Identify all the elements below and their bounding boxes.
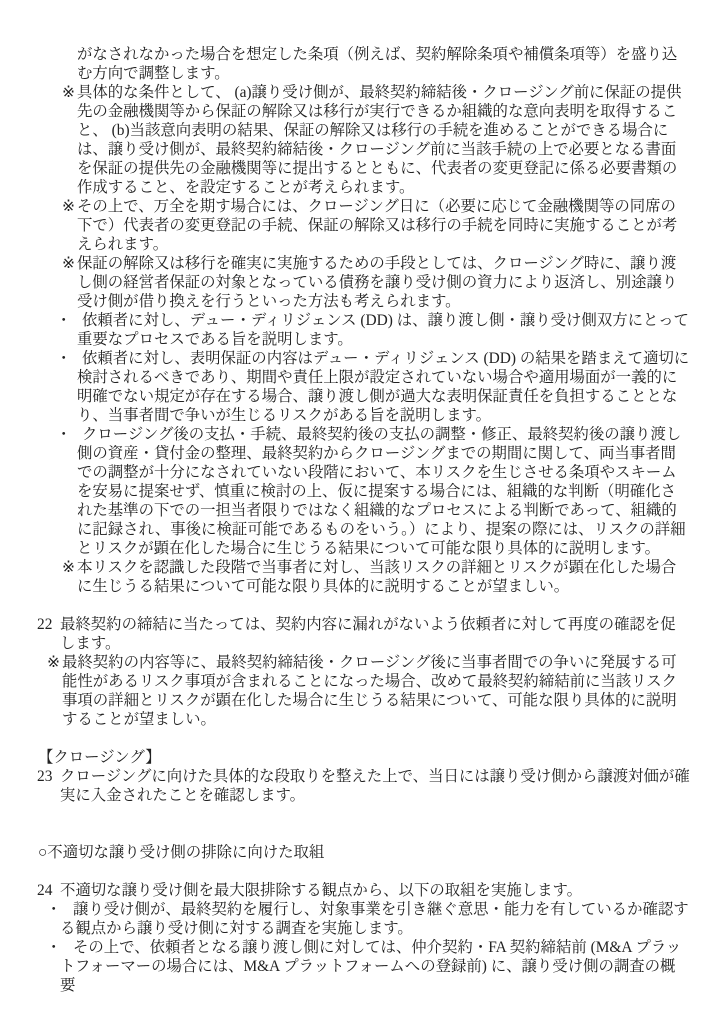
paragraph-text: クロージング後の支払・手続、最終契約後の支払の調整・修正、最終契約後の譲り渡し側… [77, 426, 686, 557]
bullet-item-post-closing-risks: ・クロージング後の支払・手続、最終契約後の支払の調整・修正、最終契約後の譲り渡し… [0, 425, 690, 558]
paragraph-text: 不適切な譲り受け側を最大限排除する観点から、以下の取組を実施します。 [60, 882, 582, 899]
paragraph-text: 依頼者に対し、表明保証の内容はデュー・ディリジェンス (DD) の結果を踏まえて… [77, 350, 689, 424]
paragraph-text: その上で、万全を期す場合には、クロージング日に（必要に応じて金融機関等の同席の下… [77, 198, 677, 253]
paragraph-text: 最終契約の内容等に、最終契約締結後・クロージング後に当事者間での争いに発展する可… [62, 654, 677, 728]
numbered-item-23: 23クロージングに向けた具体的な段取りを整えた上で、当日には譲り受け側から譲渡対… [0, 767, 690, 805]
section-heading-exclusion: ○不適切な譲り受け側の排除に向けた取組 [0, 843, 690, 862]
bullet-marker: ・ [46, 938, 61, 957]
paragraph-text: 依頼者に対し、デュー・ディリジェンス (DD) は、譲り渡し側・譲り受け側双方に… [77, 312, 689, 348]
bullet-marker: ・ [56, 311, 71, 330]
note-paragraph-guarantee-release-means: ※保証の解除又は移行を確実に実施するための手段としては、クロージング時に、譲り渡… [0, 254, 690, 311]
note-paragraph-risk-explanation: ※本リスクを認識した段階で当事者に対し、当該リスクの詳細とリスクが顕在化した場合… [0, 558, 690, 596]
note-marker: ※ [62, 83, 75, 102]
note-marker: ※ [62, 558, 75, 577]
paragraph-text: その上で、依頼者となる譲り渡し側に対しては、仲介契約・FA 契約締結前 (M&A… [60, 939, 681, 994]
paragraph-text: 保証の解除又は移行を確実に実施するための手段としては、クロージング時に、譲り渡し… [77, 255, 677, 310]
numbered-item-24: 24不適切な譲り受け側を最大限排除する観点から、以下の取組を実施します。 [0, 881, 690, 900]
bullet-marker: ・ [56, 425, 71, 444]
paragraph-text: 具体的な条件として、 (a)譲り受け側が、最終契約締結後・クロージング前に保証の… [77, 84, 681, 196]
note-paragraph-closing-day-procedures: ※その上で、万全を期す場合には、クロージング日に（必要に応じて金融機関等の同席の… [0, 197, 690, 254]
heading-text: 【クロージング】 [38, 749, 161, 766]
item-number: 23 [37, 767, 52, 786]
bullet-marker: ・ [56, 349, 71, 368]
bullet-item-dd-importance: ・依頼者に対し、デュー・ディリジェンス (DD) は、譲り渡し側・譲り受け側双方… [0, 311, 690, 349]
item-number: 24 [37, 881, 52, 900]
paragraph-text: 最終契約の締結に当たっては、契約内容に漏れがないよう依頼者に対して再度の確認を促… [60, 616, 676, 652]
continuation-paragraph: がなされなかった場合を想定した条項（例えば、契約解除条項や補償条項等）を盛り込む… [0, 45, 690, 83]
note-marker: ※ [62, 254, 75, 273]
bullet-item-buyer-investigation: ・譲り受け側が、最終契約を履行し、対象事業を引き継ぐ意思・能力を有しているか確認… [0, 900, 690, 938]
paragraph-text: クロージングに向けた具体的な段取りを整えた上で、当日には譲り受け側から譲渡対価が… [60, 768, 690, 804]
note-marker: ※ [62, 197, 75, 216]
heading-text: ○不適切な譲り受け側の排除に向けた取組 [38, 844, 324, 861]
note-paragraph-final-contract-risks: ※最終契約の内容等に、最終契約締結後・クロージング後に当事者間での争いに発展する… [0, 653, 690, 729]
bullet-item-representations-warranties: ・依頼者に対し、表明保証の内容はデュー・ディリジェンス (DD) の結果を踏まえ… [0, 349, 690, 425]
bullet-marker: ・ [46, 900, 61, 919]
paragraph-text: 本リスクを認識した段階で当事者に対し、当該リスクの詳細とリスクが顕在化した場合に… [77, 559, 676, 595]
note-paragraph-guarantee-conditions: ※具体的な条件として、 (a)譲り受け側が、最終契約締結後・クロージング前に保証… [0, 83, 690, 197]
item-number: 22 [37, 615, 52, 634]
bullet-item-investigation-summary: ・その上で、依頼者となる譲り渡し側に対しては、仲介契約・FA 契約締結前 (M&… [0, 938, 690, 995]
document-page: がなされなかった場合を想定した条項（例えば、契約解除条項や補償条項等）を盛り込む… [0, 0, 724, 1024]
paragraph-text: 譲り受け側が、最終契約を履行し、対象事業を引き継ぐ意思・能力を有しているか確認す… [60, 901, 689, 937]
note-marker: ※ [47, 653, 60, 672]
numbered-item-22: 22最終契約の締結に当たっては、契約内容に漏れがないよう依頼者に対して再度の確認… [0, 615, 690, 653]
paragraph-text: がなされなかった場合を想定した条項（例えば、契約解除条項や補償条項等）を盛り込む… [77, 46, 677, 82]
section-heading-closing: 【クロージング】 [0, 748, 690, 767]
